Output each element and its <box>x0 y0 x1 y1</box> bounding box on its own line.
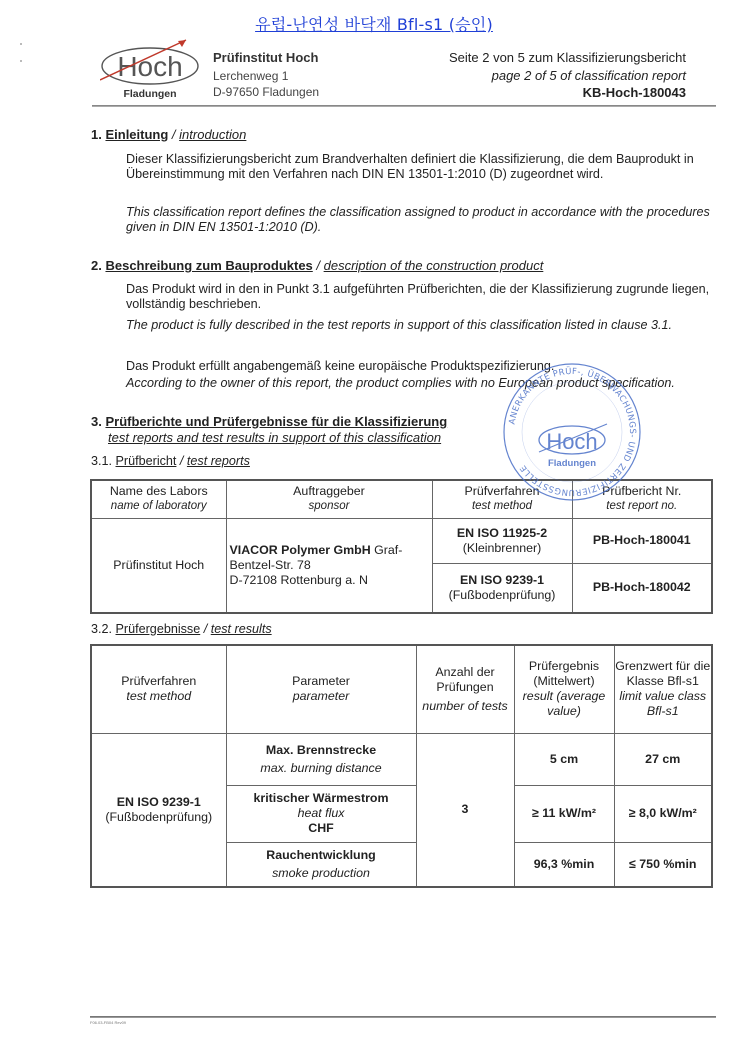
section2-para2-de: Das Produkt erfüllt angabengemäß keine e… <box>126 359 716 374</box>
page-title-link[interactable]: 유럽-난연성 바닥재 Bfl-s1 (승인) <box>0 12 748 35</box>
table-row: Prüfinstitut Hoch VIACOR Polymer GmbH Gr… <box>91 518 712 563</box>
table-header-row: Prüfverfahrentest method Parameterparame… <box>91 645 712 733</box>
report-no-cell: PB-Hoch-180041 <box>572 518 712 563</box>
svg-text:Fladungen: Fladungen <box>548 458 596 469</box>
section1-para-en: This classification report defines the c… <box>126 205 716 235</box>
test-reports-table: Name des Laborsname of laboratory Auftra… <box>90 479 713 614</box>
header-result: Prüfergebnis (Mittelwert)result (average… <box>514 645 614 733</box>
page-indicator-de: Seite 2 von 5 zum Klassifizierungsberich… <box>449 50 686 65</box>
result-cell: 5 cm <box>514 733 614 785</box>
footer-divider <box>90 1016 716 1018</box>
section2-para2-en: According to the owner of this report, t… <box>126 377 716 390</box>
page-indicator-en: page 2 of 5 of classification report <box>492 68 686 83</box>
header-parameter: Parameterparameter <box>226 645 416 733</box>
method-cell: EN ISO 9239-1(Fußbodenprüfung) <box>432 563 572 613</box>
scan-speck <box>20 43 22 45</box>
section32-heading: 3.2. Prüfergebnisse / test results <box>91 622 272 636</box>
method-cell: EN ISO 11925-2(Kleinbrenner) <box>432 518 572 563</box>
svg-text:Fladungen: Fladungen <box>123 88 176 100</box>
header-sponsor: Auftraggebersponsor <box>226 480 432 518</box>
hoch-logo-icon: Hoch Fladungen <box>100 36 210 100</box>
method-cell: EN ISO 9239-1(Fußbodenprüfung) <box>91 733 226 887</box>
report-no-cell: PB-Hoch-180042 <box>572 563 712 613</box>
table-header-row: Name des Laborsname of laboratory Auftra… <box>91 480 712 518</box>
section3-heading: 3. Prüfberichte und Prüfergebnisse für d… <box>91 414 447 429</box>
header-count: Anzahl der Prüfungennumber of tests <box>416 645 514 733</box>
sponsor-cell: VIACOR Polymer GmbH Graf-Bentzel-Str. 78… <box>226 518 432 613</box>
header-laboratory: Name des Laborsname of laboratory <box>91 480 226 518</box>
svg-text:Hoch: Hoch <box>117 51 182 82</box>
section1-heading: 1. Einleitung / introduction <box>91 127 246 142</box>
laboratory-cell: Prüfinstitut Hoch <box>91 518 226 613</box>
scan-speck <box>20 60 22 62</box>
svg-text:Hoch: Hoch <box>546 429 597 454</box>
count-cell: 3 <box>416 733 514 887</box>
parameter-cell: Rauchentwicklungsmoke production <box>226 842 416 887</box>
parameter-cell: kritischer Wärmestromheat fluxCHF <box>226 785 416 842</box>
header-limit: Grenzwert für die Klasse Bfl-s1limit val… <box>614 645 712 733</box>
institute-address-line2: D-97650 Fladungen <box>213 85 319 99</box>
table-row: EN ISO 9239-1(Fußbodenprüfung) Max. Bren… <box>91 733 712 785</box>
section2-heading: 2. Beschreibung zum Bauproduktes / descr… <box>91 258 543 273</box>
section2-para1-en: The product is fully described in the te… <box>126 318 716 333</box>
section31-heading: 3.1. Prüfbericht / test reports <box>91 454 250 468</box>
institute-address-line1: Lerchenweg 1 <box>213 69 288 83</box>
header-method: Prüfverfahrentest method <box>91 645 226 733</box>
form-code: F06.03-FB04 Rev09 <box>90 1020 126 1025</box>
header-divider <box>92 105 716 107</box>
limit-cell: ≥ 8,0 kW/m² <box>614 785 712 842</box>
parameter-cell: Max. Brennstreckemax. burning distance <box>226 733 416 785</box>
header-test-method: Prüfverfahrentest method <box>432 480 572 518</box>
result-cell: ≥ 11 kW/m² <box>514 785 614 842</box>
section2-para1-de: Das Produkt wird in den in Punkt 3.1 auf… <box>126 282 716 312</box>
institute-name: Prüfinstitut Hoch <box>213 50 318 65</box>
result-cell: 96,3 %min <box>514 842 614 887</box>
limit-cell: 27 cm <box>614 733 712 785</box>
section1-para-de: Dieser Klassifizierungsbericht zum Brand… <box>126 152 716 182</box>
limit-cell: ≤ 750 %min <box>614 842 712 887</box>
section3-heading-en: test reports and test results in support… <box>108 430 441 445</box>
test-results-table: Prüfverfahrentest method Parameterparame… <box>90 644 713 888</box>
report-id: KB-Hoch-180043 <box>583 85 686 100</box>
header-report-no: Prüfbericht Nr.test report no. <box>572 480 712 518</box>
